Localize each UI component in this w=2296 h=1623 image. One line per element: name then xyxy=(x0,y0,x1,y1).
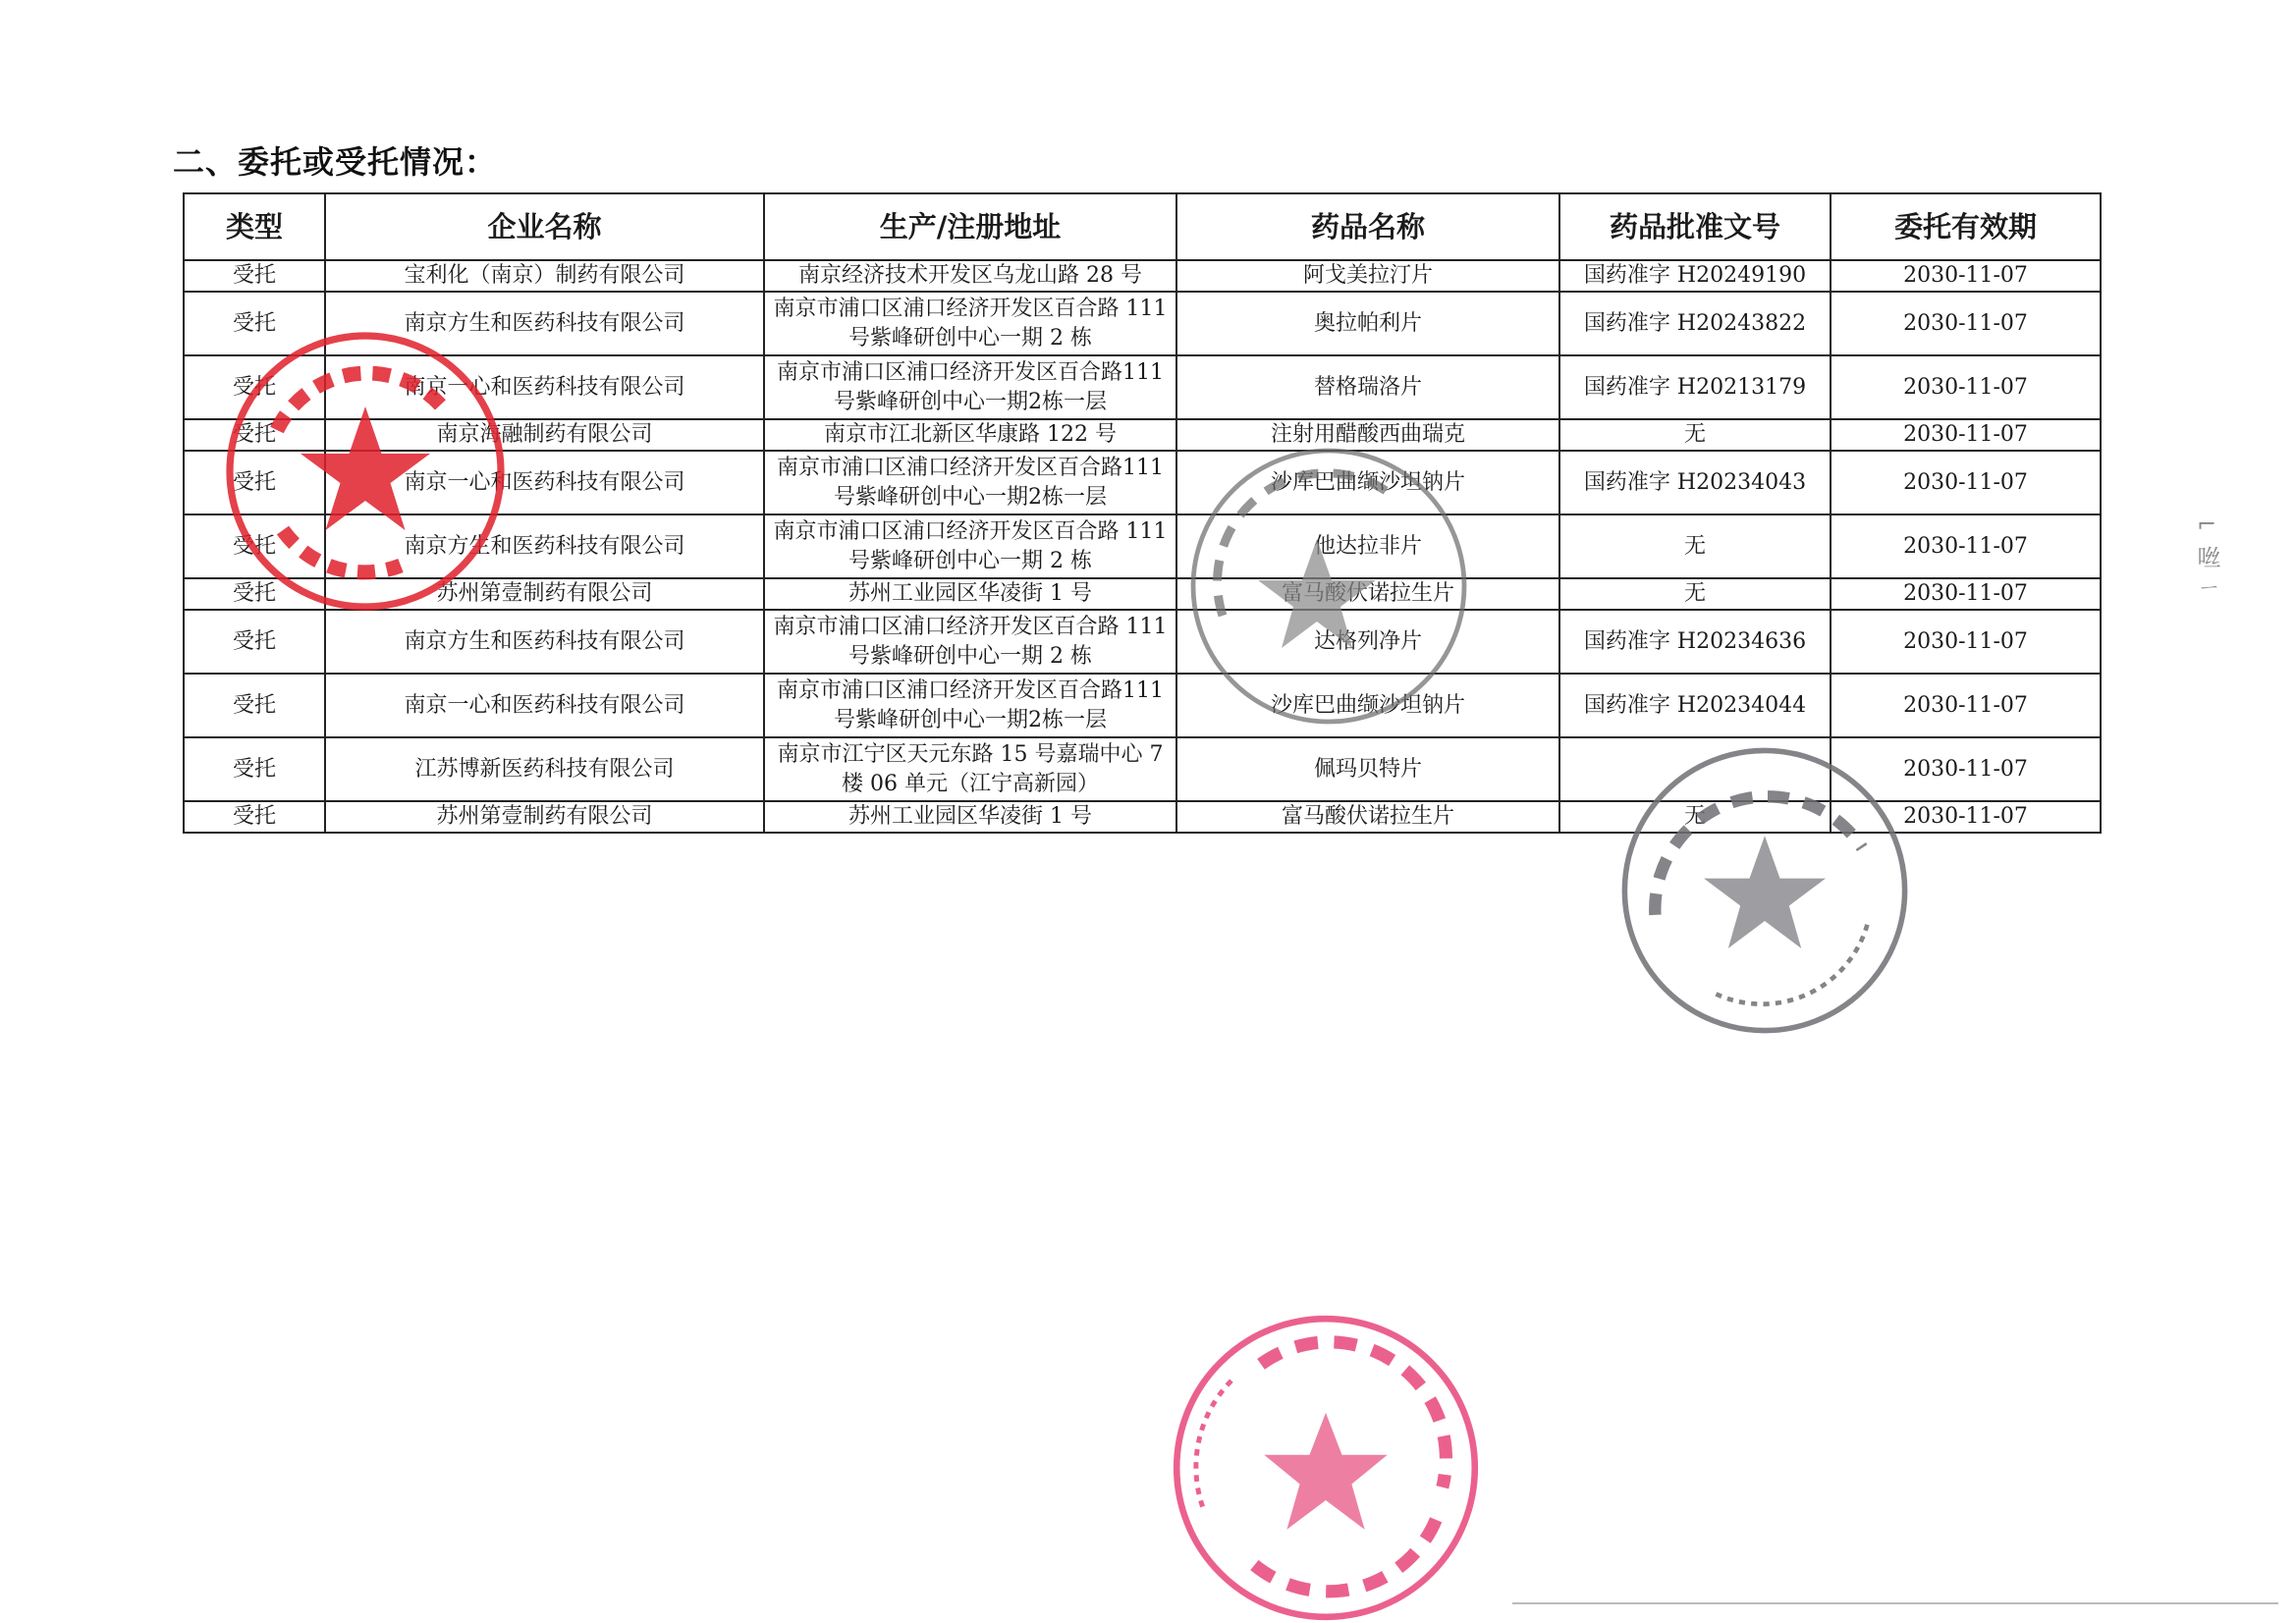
cell-approval-number xyxy=(1559,737,1831,801)
table-row: 受托南京一心和医药科技有限公司南京市浦口区浦口经济开发区百合路111号紫峰研创中… xyxy=(184,451,2101,514)
cell-drug-name: 达格列净片 xyxy=(1176,610,1559,674)
cell-company: 南京海融制药有限公司 xyxy=(325,419,764,451)
cell-approval-number: 无 xyxy=(1559,801,1831,833)
cell-validity: 2030-11-07 xyxy=(1831,737,2101,801)
cell-company: 宝利化（南京）制药有限公司 xyxy=(325,260,764,292)
table-row: 受托江苏博新医药科技有限公司南京市江宁区天元东路 15 号嘉瑞中心 7 楼 06… xyxy=(184,737,2101,801)
cell-company: 南京一心和医药科技有限公司 xyxy=(325,674,764,737)
cell-company: 苏州第壹制药有限公司 xyxy=(325,578,764,610)
cell-validity: 2030-11-07 xyxy=(1831,292,2101,355)
cell-address: 南京市江北新区华康路 122 号 xyxy=(764,419,1176,451)
cell-validity: 2030-11-07 xyxy=(1831,801,2101,833)
cell-company: 南京方生和医药科技有限公司 xyxy=(325,292,764,355)
table-row: 受托南京海融制药有限公司南京市江北新区华康路 122 号注射用醋酸西曲瑞克无20… xyxy=(184,419,2101,451)
cell-drug-name: 替格瑞洛片 xyxy=(1176,355,1559,419)
cell-type: 受托 xyxy=(184,578,325,610)
cell-approval-number: 国药准字 H20243822 xyxy=(1559,292,1831,355)
cell-type: 受托 xyxy=(184,292,325,355)
cell-drug-name: 注射用醋酸西曲瑞克 xyxy=(1176,419,1559,451)
cell-approval-number: 国药准字 H20234043 xyxy=(1559,451,1831,514)
cell-validity: 2030-11-07 xyxy=(1831,610,2101,674)
header-drug-name: 药品名称 xyxy=(1176,193,1559,260)
header-company: 企业名称 xyxy=(325,193,764,260)
cell-address: 南京市浦口区浦口经济开发区百合路111号紫峰研创中心一期2栋一层 xyxy=(764,355,1176,419)
table-row: 受托南京一心和医药科技有限公司南京市浦口区浦口经济开发区百合路111号紫峰研创中… xyxy=(184,674,2101,737)
cell-drug-name: 沙库巴曲缬沙坦钠片 xyxy=(1176,451,1559,514)
header-validity: 委托有效期 xyxy=(1831,193,2101,260)
margin-note: ⌐ 咝 ㄧ xyxy=(2190,511,2224,595)
cell-approval-number: 无 xyxy=(1559,419,1831,451)
cell-type: 受托 xyxy=(184,451,325,514)
cell-approval-number: 国药准字 H20249190 xyxy=(1559,260,1831,292)
cell-validity: 2030-11-07 xyxy=(1831,260,2101,292)
header-address: 生产/注册地址 xyxy=(764,193,1176,260)
cell-type: 受托 xyxy=(184,737,325,801)
cell-address: 南京市浦口区浦口经济开发区百合路 111 号紫峰研创中心一期 2 栋 xyxy=(764,514,1176,578)
pink-stamp-bottom xyxy=(1164,1306,1488,1623)
cell-company: 苏州第壹制药有限公司 xyxy=(325,801,764,833)
cell-address: 南京市浦口区浦口经济开发区百合路111号紫峰研创中心一期2栋一层 xyxy=(764,451,1176,514)
cell-address: 南京市江宁区天元东路 15 号嘉瑞中心 7 楼 06 单元（江宁高新园） xyxy=(764,737,1176,801)
cell-type: 受托 xyxy=(184,801,325,833)
entrustment-table: 类型 企业名称 生产/注册地址 药品名称 药品批准文号 委托有效期 受托宝利化（… xyxy=(183,192,2102,834)
scan-edge-line xyxy=(1512,1602,2278,1604)
cell-address: 南京市浦口区浦口经济开发区百合路 111 号紫峰研创中心一期 2 栋 xyxy=(764,292,1176,355)
cell-approval-number: 无 xyxy=(1559,514,1831,578)
header-approval-number: 药品批准文号 xyxy=(1559,193,1831,260)
cell-drug-name: 佩玛贝特片 xyxy=(1176,737,1559,801)
cell-validity: 2030-11-07 xyxy=(1831,578,2101,610)
cell-drug-name: 富马酸伏诺拉生片 xyxy=(1176,801,1559,833)
cell-drug-name: 阿戈美拉汀片 xyxy=(1176,260,1559,292)
cell-approval-number: 无 xyxy=(1559,578,1831,610)
cell-validity: 2030-11-07 xyxy=(1831,514,2101,578)
cell-validity: 2030-11-07 xyxy=(1831,419,2101,451)
cell-type: 受托 xyxy=(184,610,325,674)
table-row: 受托宝利化（南京）制药有限公司南京经济技术开发区乌龙山路 28 号阿戈美拉汀片国… xyxy=(184,260,2101,292)
cell-address: 南京市浦口区浦口经济开发区百合路 111 号紫峰研创中心一期 2 栋 xyxy=(764,610,1176,674)
cell-address: 苏州工业园区华凌街 1 号 xyxy=(764,801,1176,833)
cell-company: 南京方生和医药科技有限公司 xyxy=(325,610,764,674)
cell-validity: 2030-11-07 xyxy=(1831,355,2101,419)
table-row: 受托苏州第壹制药有限公司苏州工业园区华凌街 1 号富马酸伏诺拉生片无2030-1… xyxy=(184,801,2101,833)
table-row: 受托南京方生和医药科技有限公司南京市浦口区浦口经济开发区百合路 111 号紫峰研… xyxy=(184,610,2101,674)
cell-validity: 2030-11-07 xyxy=(1831,451,2101,514)
table-header-row: 类型 企业名称 生产/注册地址 药品名称 药品批准文号 委托有效期 xyxy=(184,193,2101,260)
cell-address: 苏州工业园区华凌街 1 号 xyxy=(764,578,1176,610)
cell-company: 南京一心和医药科技有限公司 xyxy=(325,451,764,514)
cell-type: 受托 xyxy=(184,419,325,451)
cell-type: 受托 xyxy=(184,355,325,419)
cell-approval-number: 国药准字 H20213179 xyxy=(1559,355,1831,419)
table-row: 受托苏州第壹制药有限公司苏州工业园区华凌街 1 号富马酸伏诺拉生片无2030-1… xyxy=(184,578,2101,610)
table-row: 受托南京方生和医药科技有限公司南京市浦口区浦口经济开发区百合路 111 号紫峰研… xyxy=(184,514,2101,578)
table-row: 受托南京方生和医药科技有限公司南京市浦口区浦口经济开发区百合路 111 号紫峰研… xyxy=(184,292,2101,355)
cell-approval-number: 国药准字 H20234044 xyxy=(1559,674,1831,737)
cell-drug-name: 他达拉非片 xyxy=(1176,514,1559,578)
cell-company: 南京一心和医药科技有限公司 xyxy=(325,355,764,419)
cell-drug-name: 沙库巴曲缬沙坦钠片 xyxy=(1176,674,1559,737)
cell-drug-name: 奥拉帕利片 xyxy=(1176,292,1559,355)
cell-company: 江苏博新医药科技有限公司 xyxy=(325,737,764,801)
cell-approval-number: 国药准字 H20234636 xyxy=(1559,610,1831,674)
cell-validity: 2030-11-07 xyxy=(1831,674,2101,737)
cell-address: 南京市浦口区浦口经济开发区百合路111号紫峰研创中心一期2栋一层 xyxy=(764,674,1176,737)
cell-company: 南京方生和医药科技有限公司 xyxy=(325,514,764,578)
header-type: 类型 xyxy=(184,193,325,260)
section-title: 二、委托或受托情况： xyxy=(173,137,497,183)
table-row: 受托南京一心和医药科技有限公司南京市浦口区浦口经济开发区百合路111号紫峰研创中… xyxy=(184,355,2101,419)
cell-type: 受托 xyxy=(184,514,325,578)
cell-address: 南京经济技术开发区乌龙山路 28 号 xyxy=(764,260,1176,292)
cell-drug-name: 富马酸伏诺拉生片 xyxy=(1176,578,1559,610)
cell-type: 受托 xyxy=(184,260,325,292)
cell-type: 受托 xyxy=(184,674,325,737)
